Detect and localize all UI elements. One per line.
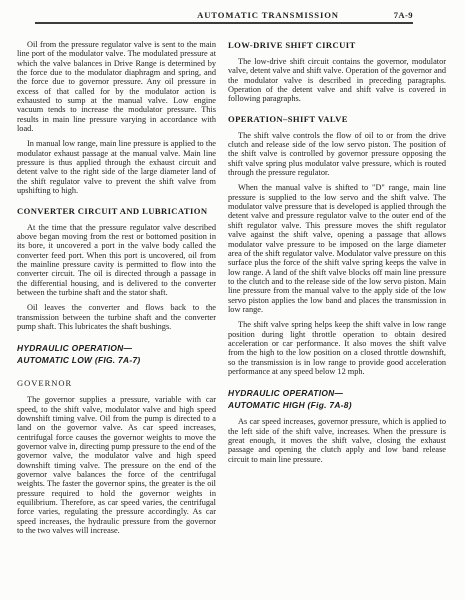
subhead-line: HYDRAULIC OPERATION— xyxy=(228,388,446,400)
paragraph: Oil from the pressure regulator valve is… xyxy=(17,40,216,133)
page-header: AUTOMATIC TRANSMISSION 7A-9 xyxy=(0,0,465,26)
left-column: Oil from the pressure regulator valve is… xyxy=(17,40,216,541)
subhead-line: AUTOMATIC HIGH (Fig. 7A-8) xyxy=(228,400,446,412)
header-rule xyxy=(35,22,413,24)
manual-page: AUTOMATIC TRANSMISSION 7A-9 Oil from the… xyxy=(0,0,465,600)
subhead-line: HYDRAULIC OPERATION— xyxy=(17,343,216,355)
paragraph: The shift valve controls the flow of oil… xyxy=(228,131,446,178)
section-heading-converter-circuit: CONVERTER CIRCUIT AND LUBRICATION xyxy=(17,206,216,216)
paragraph: At the time that the pressure regulator … xyxy=(17,223,216,298)
paragraph: As car speed increases, governor pressur… xyxy=(228,417,446,464)
page-number: 7A-9 xyxy=(394,10,413,20)
paragraph: When the manual valve is shifted to "D" … xyxy=(228,183,446,314)
section-heading-low-drive-shift-circuit: LOW-DRIVE SHIFT CIRCUIT xyxy=(228,40,446,50)
section-heading-operation-shift-valve: OPERATION–SHIFT VALVE xyxy=(228,114,446,124)
paragraph: The low-drive shift circuit contains the… xyxy=(228,57,446,104)
subsection-heading-hydraulic-operation-low: HYDRAULIC OPERATION— AUTOMATIC LOW (FIG.… xyxy=(17,343,216,366)
subsection-heading-hydraulic-operation-high: HYDRAULIC OPERATION— AUTOMATIC HIGH (Fig… xyxy=(228,388,446,411)
running-head-title: AUTOMATIC TRANSMISSION xyxy=(197,10,339,20)
paragraph: The governor supplies a pressure, variab… xyxy=(17,395,216,535)
subhead-line: AUTOMATIC LOW (FIG. 7A-7) xyxy=(17,355,216,367)
section-heading-governor: GOVERNOR xyxy=(17,378,216,388)
paragraph: In manual low range, main line pressure … xyxy=(17,139,216,195)
paragraph: The shift valve spring helps keep the sh… xyxy=(228,320,446,376)
two-column-body: Oil from the pressure regulator valve is… xyxy=(17,40,446,541)
right-column: LOW-DRIVE SHIFT CIRCUIT The low-drive sh… xyxy=(228,40,446,541)
paragraph: Oil leaves the converter and flows back … xyxy=(17,303,216,331)
